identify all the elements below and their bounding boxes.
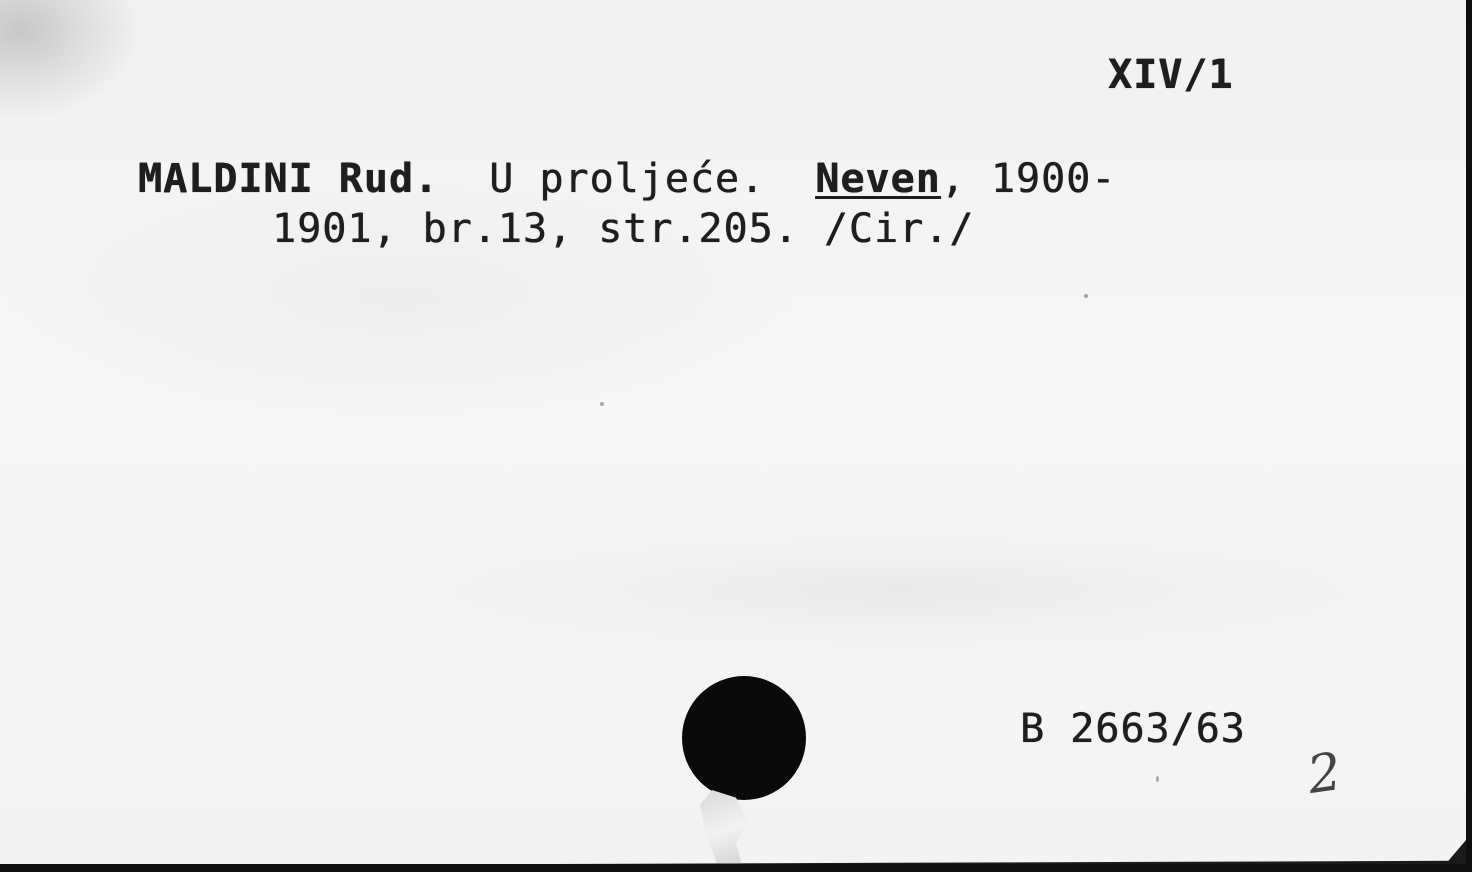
entry-line-1: MALDINI Rud. U proljeće. Neven, 1900- [138, 156, 1116, 202]
ink-speck [600, 402, 604, 406]
script-note: /Cir./ [824, 206, 975, 252]
accession-number: B 2663/63 [1020, 706, 1246, 752]
ink-speck [1156, 776, 1159, 782]
ink-speck [1084, 294, 1088, 298]
scan-border-bottom [0, 864, 1472, 872]
handwritten-mark: 2 [1304, 742, 1345, 806]
journal-year-start: , 1900- [941, 156, 1117, 202]
entry-line-2: 1901, br.13, str.205. /Cir./ [272, 206, 974, 252]
journal-name: Neven [815, 156, 940, 202]
torn-paper-mark [700, 790, 760, 866]
work-title: U proljeće. [489, 156, 765, 202]
catalog-card: XIV/1 MALDINI Rud. U proljeće. Neven, 19… [0, 0, 1466, 866]
scan-border-right [1466, 0, 1472, 872]
issue-and-page: 1901, br.13, str.205. [272, 206, 824, 252]
shelfmark: XIV/1 [1108, 52, 1233, 98]
author-name: MALDINI Rud. [138, 156, 439, 202]
punch-hole-icon [682, 676, 806, 800]
